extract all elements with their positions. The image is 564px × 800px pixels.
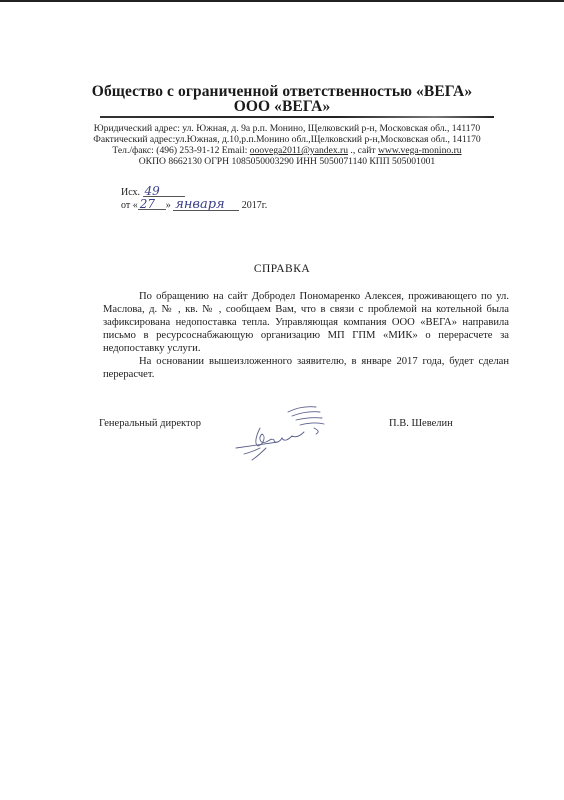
outgoing-date-row: от «27» января 2017г. (121, 199, 267, 212)
signatory-position: Генеральный директор (99, 418, 201, 429)
scan-top-edge (0, 0, 564, 2)
handwritten-signature-icon (230, 398, 340, 462)
document-title: СПРАВКА (0, 263, 564, 275)
outgoing-number-label: Исх. (121, 187, 140, 198)
document-body: По обращению на сайт Добродел Пономаренк… (103, 290, 509, 381)
phone-label: Тел./факс: (496) 253-91-12 Email: (112, 145, 249, 156)
header-divider (100, 116, 494, 118)
date-mid: » (166, 200, 171, 211)
date-year: 2017г. (242, 200, 267, 211)
date-prefix: от « (121, 200, 138, 211)
site-label: ., сайт (348, 145, 378, 156)
date-day-handwritten: 27 (138, 199, 166, 210)
signatory-name: П.В. Шевелин (389, 418, 453, 429)
date-month-handwritten: января (173, 200, 239, 211)
site-link[interactable]: www.vega-monino.ru (378, 145, 462, 156)
legal-address: Юридический адрес: ул. Южная, д. 9а р.п.… (5, 124, 564, 135)
body-paragraph: По обращению на сайт Добродел Пономаренк… (103, 290, 509, 355)
outgoing-number-handwritten: 49 (143, 186, 185, 197)
outgoing-reference: Исх. 49 от «27» января 2017г. (121, 186, 267, 212)
body-paragraph: На основании вышеизложенного заявителю, … (103, 355, 509, 381)
actual-address: Фактический адрес:ул.Южная, д.10,р.п.Мон… (5, 135, 564, 146)
contacts-line: Тел./факс: (496) 253-91-12 Email: oooveg… (5, 146, 564, 157)
email-link[interactable]: ooovega2011@yandex.ru (250, 145, 348, 156)
org-short-name: ООО «ВЕГА» (0, 98, 564, 116)
registry-codes: ОКПО 8662130 ОГРН 1085050003290 ИНН 5050… (5, 157, 564, 168)
